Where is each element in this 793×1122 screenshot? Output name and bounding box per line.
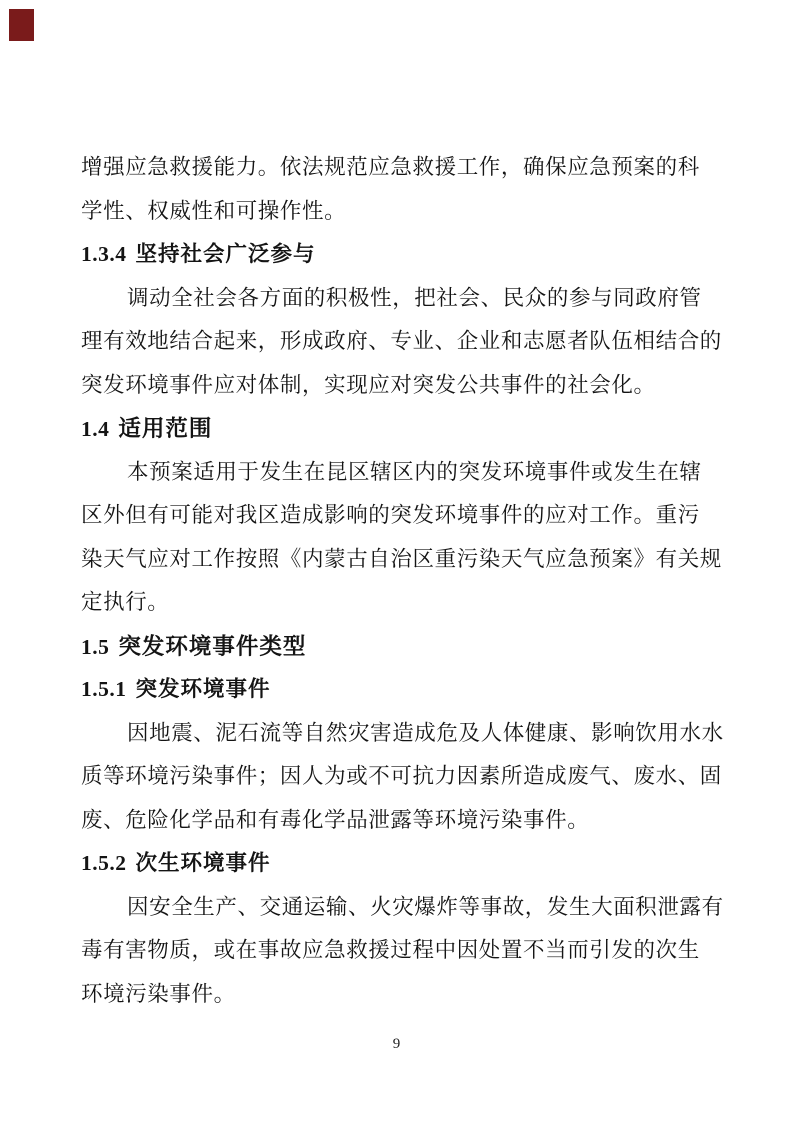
document-page: 增强应急救援能力。依法规范应急救援工作，确保应急预案的科 学性、权威性和可操作性…: [0, 0, 793, 1122]
heading-number: 1.5.1: [81, 677, 127, 701]
page-number: 9: [0, 1036, 793, 1053]
paragraph-line: 因地震、泥石流等自然灾害造成危及人体健康、影响饮用水水: [81, 712, 721, 756]
paragraph-line: 本预案适用于发生在昆区辖区内的突发环境事件或发生在辖: [81, 451, 721, 495]
heading-1-5-1: 1.5.1突发环境事件: [81, 668, 721, 712]
heading-number: 1.5: [81, 635, 109, 659]
heading-1-4: 1.4适用范围: [81, 407, 721, 451]
paragraph-line: 区外但有可能对我区造成影响的突发环境事件的应对工作。重污: [81, 494, 721, 538]
document-body: 增强应急救援能力。依法规范应急救援工作，确保应急预案的科 学性、权威性和可操作性…: [81, 146, 721, 1016]
paragraph-line: 调动全社会各方面的积极性，把社会、民众的参与同政府管: [81, 277, 721, 321]
heading-1-5: 1.5突发环境事件类型: [81, 625, 721, 669]
heading-1-3-4: 1.3.4坚持社会广泛参与: [81, 233, 721, 277]
corner-marker: [9, 9, 34, 41]
paragraph-line: 增强应急救援能力。依法规范应急救援工作，确保应急预案的科: [81, 146, 721, 190]
heading-number: 1.4: [81, 417, 109, 441]
paragraph-line: 环境污染事件。: [81, 973, 721, 1017]
heading-1-5-2: 1.5.2次生环境事件: [81, 842, 721, 886]
heading-text: 坚持社会广泛参与: [136, 242, 316, 266]
paragraph-line: 定执行。: [81, 581, 721, 625]
paragraph-line: 学性、权威性和可操作性。: [81, 190, 721, 234]
heading-text: 突发环境事件类型: [118, 634, 306, 659]
heading-text: 突发环境事件: [136, 677, 271, 701]
heading-text: 次生环境事件: [136, 851, 271, 875]
paragraph-line: 废、危险化学品和有毒化学品泄露等环境污染事件。: [81, 799, 721, 843]
paragraph-line: 染天气应对工作按照《内蒙古自治区重污染天气应急预案》有关规: [81, 538, 721, 582]
heading-text: 适用范围: [118, 416, 212, 441]
paragraph-line: 因安全生产、交通运输、火灾爆炸等事故，发生大面积泄露有: [81, 886, 721, 930]
paragraph-line: 毒有害物质，或在事故应急救援过程中因处置不当而引发的次生: [81, 929, 721, 973]
heading-number: 1.5.2: [81, 851, 127, 875]
paragraph-line: 质等环境污染事件；因人为或不可抗力因素所造成废气、废水、固: [81, 755, 721, 799]
paragraph-line: 突发环境事件应对体制，实现应对突发公共事件的社会化。: [81, 364, 721, 408]
heading-number: 1.3.4: [81, 242, 127, 266]
paragraph-line: 理有效地结合起来，形成政府、专业、企业和志愿者队伍相结合的: [81, 320, 721, 364]
